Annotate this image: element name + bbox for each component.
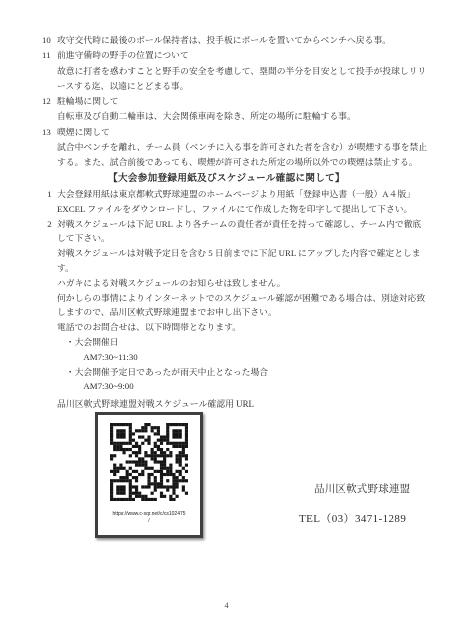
schedule-url-label: 品川区軟式野球連盟対戦スケジュール確認用 URL [57,397,254,410]
rule-number: 13 [42,125,57,140]
rule-text: 駐輪場に関して 自転車及び自動二輪車は、大会関係車両を除き、所定の場所に駐輪する… [57,94,446,125]
section-heading: 【大会参加登録用紙及びスケジュール確認に関して】 [0,170,453,184]
rule-text: 前進守備時の野手の位置について 故意に打者を惑わすことと野手の安全を考慮して、塁… [57,48,446,94]
page-number: 4 [0,601,453,610]
qr-caption-url: https://www.c-sqr.net/c/cs102475 / [98,511,200,524]
rule-text: 喫煙に関して 試合中ベンチを離れ、チーム員（ベンチに入る事を許可された者を含む）… [57,125,446,171]
rule-item: 13 喫煙に関して 試合中ベンチを離れ、チーム員（ベンチに入る事を許可された者を… [42,125,446,171]
rule-item: 11 前進守備時の野手の位置について 故意に打者を惑わすことと野手の安全を考慮し… [42,48,446,94]
registration-notes-list: 1 大会登録用紙は東京都軟式野球連盟のホームページより用紙「登録申込書（一般）A… [42,187,446,394]
qr-code-frame: https://www.c-sqr.net/c/cs102475 / [95,412,203,538]
rule-number: 12 [42,94,57,109]
item-number: 1 [42,187,57,202]
organization-name: 品川区軟式野球連盟 [314,481,410,496]
item-text: 対戦スケジュールは下記 URL より各チームの責任者が責任を持って確認し、チーム… [57,217,446,395]
rule-item: 12 駐輪場に関して 自転車及び自動二輪車は、大会関係車両を除き、所定の場所に駐… [42,94,446,125]
rule-item: 10 攻守交代時に最後のボール保持者は、投手板にボールを置いてからベンチへ戻る事… [42,33,446,48]
rule-number: 10 [42,33,57,48]
qr-code-icon [110,423,188,501]
document-page: 10 攻守交代時に最後のボール保持者は、投手板にボールを置いてからベンチへ戻る事… [0,0,453,640]
rule-text: 攻守交代時に最後のボール保持者は、投手板にボールを置いてからベンチへ戻る事。 [57,33,446,48]
item-text: 大会登録用紙は東京都軟式野球連盟のホームページより用紙「登録申込書（一般）A４版… [57,187,446,217]
rule-number: 11 [42,48,57,63]
registration-item: 1 大会登録用紙は東京都軟式野球連盟のホームページより用紙「登録申込書（一般）A… [42,187,446,217]
registration-item: 2 対戦スケジュールは下記 URL より各チームの責任者が責任を持って確認し、チ… [42,217,446,395]
ground-rules-list: 10 攻守交代時に最後のボール保持者は、投手板にボールを置いてからベンチへ戻る事… [42,33,446,171]
telephone-number: TEL（03）3471-1289 [299,510,406,526]
item-number: 2 [42,217,57,232]
